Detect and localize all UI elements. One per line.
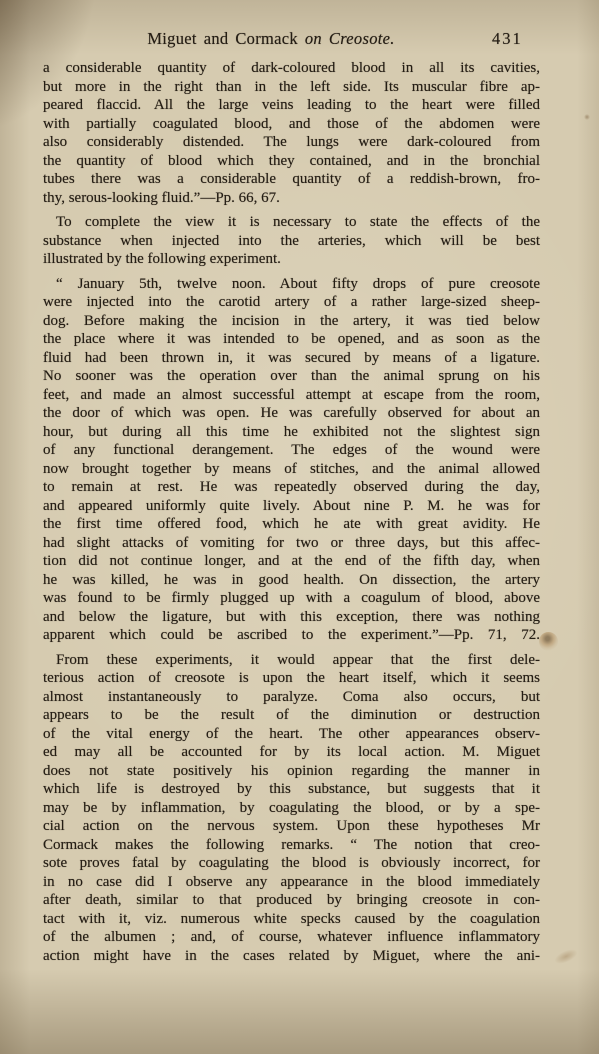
text-line: after death, similar to that produced by… bbox=[43, 891, 540, 910]
text-line: almost instantaneously to paralyze. Coma… bbox=[43, 688, 540, 707]
text-line: and appeared uniformly quite lively. Abo… bbox=[43, 497, 540, 516]
running-title-regular: Miguet and Cormack bbox=[147, 29, 305, 48]
text-line: From these experiments, it would appear … bbox=[43, 651, 540, 670]
text-line: Cormack makes the following remarks. “ T… bbox=[43, 836, 540, 855]
text-line: and below the ligature, but with this ex… bbox=[43, 608, 540, 627]
text-line: does not state positively his opinion re… bbox=[43, 762, 540, 781]
running-title-italic: on Creosote. bbox=[305, 29, 395, 48]
running-head: Miguet and Cormack on Creosote. bbox=[43, 29, 499, 49]
text-line: was found to be firmly plugged up with a… bbox=[43, 589, 540, 608]
text-block: a considerable quantity of dark-coloured… bbox=[43, 59, 540, 965]
text-line: fluid had been thrown in, it was secured… bbox=[43, 349, 540, 368]
text-line: had slight attacks of vomiting for two o… bbox=[43, 534, 540, 553]
text-line: he was killed, he was in good health. On… bbox=[43, 571, 540, 590]
text-line: cial action on the nervous system. Upon … bbox=[43, 817, 540, 836]
text-line: to remain at rest. He was repeatedly obs… bbox=[43, 478, 540, 497]
text-line: a considerable quantity of dark-coloured… bbox=[43, 59, 540, 78]
speck-stain bbox=[584, 114, 590, 120]
text-line: the door of which was open. He was caref… bbox=[43, 404, 540, 423]
text-line: tubes there was a considerable quantity … bbox=[43, 170, 540, 189]
text-line: the place where it was intended to be op… bbox=[43, 330, 540, 349]
text-line: apparent which could be ascribed to the … bbox=[43, 626, 540, 645]
text-line: thy, serous-looking fluid.”—Pp. 66, 67. bbox=[43, 189, 540, 208]
text-line: which life is destroyed by this substanc… bbox=[43, 780, 540, 799]
smudge-stain bbox=[553, 947, 579, 967]
text-line: the quantity of blood which they contain… bbox=[43, 152, 540, 171]
text-line: of the vital energy of the heart. The ot… bbox=[43, 725, 540, 744]
text-line: the first time offered food, which he at… bbox=[43, 515, 540, 534]
text-line: dog. Before making the incision in the a… bbox=[43, 312, 540, 331]
text-line: tact with it, viz. numerous white specks… bbox=[43, 910, 540, 929]
text-line: feet, and made an almost successful atte… bbox=[43, 386, 540, 405]
text-line: in no case did I observe any appearance … bbox=[43, 873, 540, 892]
text-line: were injected into the carotid artery of… bbox=[43, 293, 540, 312]
paragraph: From these experiments, it would appear … bbox=[43, 651, 540, 966]
text-line: appears to be the result of the diminuti… bbox=[43, 706, 540, 725]
text-line: also considerably distended. The lungs w… bbox=[43, 133, 540, 152]
text-line: hour, but during all this time he exhibi… bbox=[43, 423, 540, 442]
paragraph: a considerable quantity of dark-coloured… bbox=[43, 59, 540, 207]
page-number: 431 bbox=[492, 29, 523, 49]
text-line: of any functional derangement. The edges… bbox=[43, 441, 540, 460]
text-line: substance when injected into the arterie… bbox=[43, 232, 540, 251]
text-line: ed may all be accounted for by its local… bbox=[43, 743, 540, 762]
paragraph: To complete the view it is necessary to … bbox=[43, 213, 540, 269]
text-line: illustrated by the following experiment. bbox=[43, 250, 540, 269]
text-line: now brought together by means of stitche… bbox=[43, 460, 540, 479]
text-line: peared flaccid. All the large veins lead… bbox=[43, 96, 540, 115]
text-line: To complete the view it is necessary to … bbox=[43, 213, 540, 232]
text-line: may be by inflammation, by coagulating t… bbox=[43, 799, 540, 818]
text-line: but more in the right than in the left s… bbox=[43, 78, 540, 97]
book-page: Miguet and Cormack on Creosote. 431 a co… bbox=[0, 0, 599, 1054]
text-line: sote proves fatal by coagulating the blo… bbox=[43, 854, 540, 873]
text-line: No sooner was the operation over than th… bbox=[43, 367, 540, 386]
text-line: action might have in the cases related b… bbox=[43, 947, 540, 966]
text-line: of the albumen ; and, of course, whateve… bbox=[43, 928, 540, 947]
paragraph: “ January 5th, twelve noon. About fifty … bbox=[43, 275, 540, 645]
text-line: with partially coagulated blood, and tho… bbox=[43, 115, 540, 134]
text-line: tion did not continue longer, and at the… bbox=[43, 552, 540, 571]
foxing-stain bbox=[539, 632, 558, 651]
text-line: “ January 5th, twelve noon. About fifty … bbox=[43, 275, 540, 294]
text-line: terious action of creosote is upon the h… bbox=[43, 669, 540, 688]
